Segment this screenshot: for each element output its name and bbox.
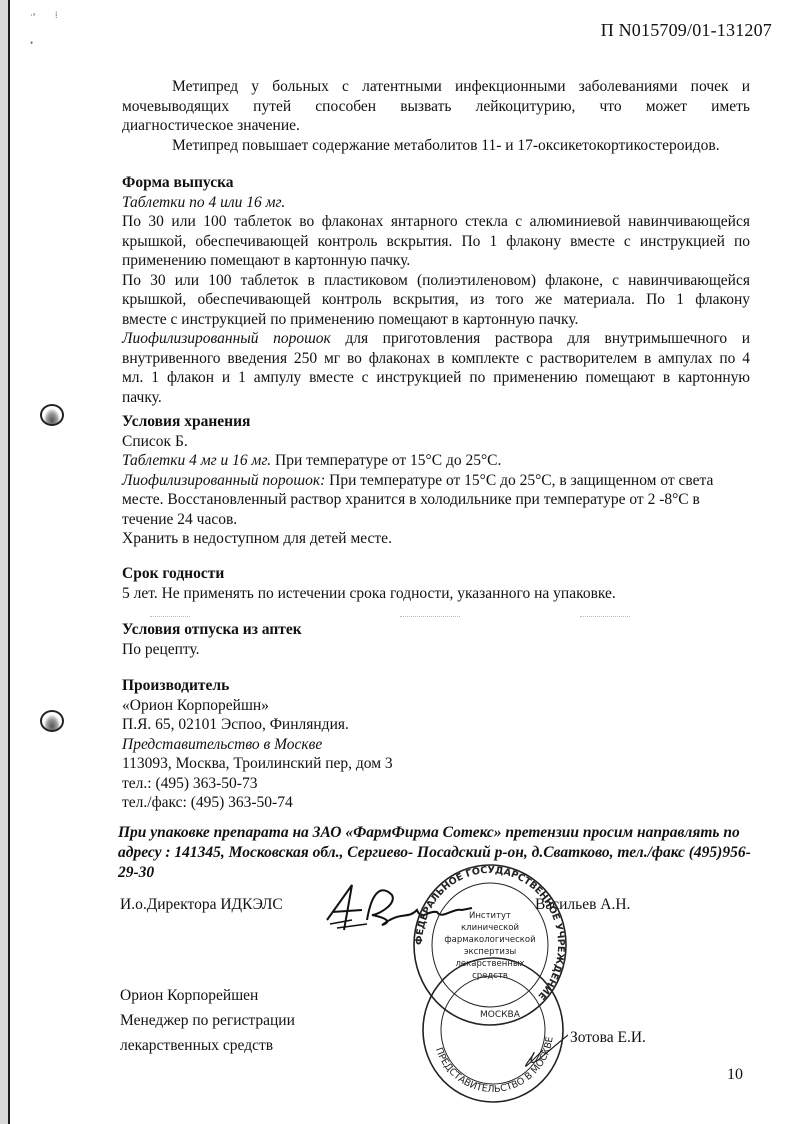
- intro-line: Метипред у больных с латентными инфекцио…: [122, 77, 750, 97]
- company-name: Орион Корпорейшен: [120, 987, 258, 1005]
- intro-section: Метипред у больных с латентными инфекцио…: [122, 77, 750, 155]
- storage-section: Условия хранения Список Б. Таблетки 4 мг…: [122, 412, 750, 549]
- scan-speck: •: [30, 38, 33, 48]
- text-line: Список Б.: [122, 432, 750, 452]
- text-line: внутривенного введения 250 мг во флакона…: [122, 349, 750, 369]
- manufacturer-name: «Орион Корпорейшн»: [122, 696, 750, 716]
- scan-artifact: [580, 616, 630, 619]
- tablets-label: Таблетки 4 мг и 16 мг.: [122, 452, 271, 469]
- release-form-section: Форма выпуска Таблетки по 4 или 16 мг. П…: [122, 173, 750, 407]
- section-heading: Срок годности: [122, 564, 750, 584]
- document-number: П N015709/01-131207: [601, 20, 772, 41]
- text-line: Лиофилизированный порошок: При температу…: [122, 471, 750, 491]
- director-title: И.о.Директора ИДКЭЛС: [120, 896, 283, 914]
- svg-text:МОСКВА: МОСКВА: [480, 1010, 521, 1020]
- text-line: По 30 или 100 таблеток во флаконах янтар…: [122, 212, 750, 232]
- text-line: Хранить в недоступном для детей месте.: [122, 529, 750, 549]
- text-line: месте. Восстановленный раствор хранится …: [122, 490, 750, 510]
- dispensing-section: Условия отпуска из аптек По рецепту.: [122, 620, 750, 659]
- office-address: 113093, Москва, Троилинский пер, дом 3: [122, 754, 750, 774]
- manager-name: Зотова Е.И.: [570, 1029, 646, 1047]
- section-heading: Форма выпуска: [122, 173, 750, 193]
- intro-line: мочевыводящих путей способен вызвать лей…: [122, 97, 750, 117]
- office-label: Представительство в Москве: [122, 735, 750, 755]
- text-line: пачку.: [122, 388, 750, 408]
- note-line: При упаковке препарата на ЗАО «ФармФирма…: [118, 823, 778, 843]
- text-line: крышкой, обеспечивающей контроль вскрыти…: [122, 290, 750, 310]
- tablets-label: Таблетки по 4 или 16 мг.: [122, 193, 750, 213]
- company-stamp-icon: ПРЕДСТАВИТЕЛЬСТВО В МОСКВЕ МОСКВА: [418, 955, 568, 1105]
- section-heading: Производитель: [122, 676, 750, 696]
- text-line: крышкой, обеспечивающей контроль вскрыти…: [122, 232, 750, 252]
- manager-title: Менеджер по регистрации: [120, 1012, 295, 1030]
- svg-text:клинической: клинической: [461, 923, 519, 933]
- powder-text: для приготовления раствора для внутримыш…: [331, 330, 750, 347]
- intro-line: диагностическое значение.: [122, 116, 750, 136]
- text-line: вместе с инструкцией по применению помещ…: [122, 310, 750, 330]
- scan-border-line: [8, 0, 10, 1124]
- scan-artifact: [150, 616, 190, 619]
- tablets-text: При температуре от 15°C до 25°C.: [271, 452, 501, 469]
- manager-title: лекарственных средств: [120, 1037, 273, 1055]
- scan-edge: [0, 0, 8, 1124]
- text-line: Лиофилизированный порошок для приготовле…: [122, 329, 750, 349]
- scan-speck: ·ᵃ: [30, 10, 35, 20]
- intro-paragraph-2: Метипред повышает содержание метаболитов…: [122, 136, 750, 156]
- text-line: По 30 или 100 таблеток в пластиковом (по…: [122, 271, 750, 291]
- hole-punch-icon: [40, 710, 64, 732]
- scan-artifact: [400, 616, 460, 619]
- shelf-life-section: Срок годности 5 лет. Не применять по ист…: [122, 564, 750, 603]
- powder-label: Лиофилизированный порошок: [122, 330, 331, 347]
- text-line: применению помещают в картонную пачку.: [122, 251, 750, 271]
- text-line: течение 24 часов.: [122, 510, 750, 530]
- text-line: По рецепту.: [122, 640, 750, 660]
- section-heading: Условия отпуска из аптек: [122, 620, 750, 640]
- text-line: 5 лет. Не применять по истечении срока г…: [122, 584, 750, 604]
- phone: тел.: (495) 363-50-73: [122, 774, 750, 794]
- powder-text: При температуре от 15°C до 25°C, в защищ…: [325, 472, 713, 489]
- manufacturer-address: П.Я. 65, 02101 Эспоо, Финляндия.: [122, 715, 750, 735]
- page-number: 10: [727, 1066, 743, 1084]
- svg-text:фармакологической: фармакологической: [444, 935, 535, 945]
- manufacturer-section: Производитель «Орион Корпорейшн» П.Я. 65…: [122, 676, 750, 813]
- fax: тел./факс: (495) 363-50-74: [122, 793, 750, 813]
- hole-punch-icon: [40, 404, 64, 426]
- text-line: Таблетки 4 мг и 16 мг. При температуре о…: [122, 451, 750, 471]
- scan-speck: ⁞: [55, 10, 58, 20]
- powder-label: Лиофилизированный порошок:: [122, 472, 325, 489]
- svg-text:Институт: Институт: [469, 911, 511, 921]
- section-heading: Условия хранения: [122, 412, 750, 432]
- text-line: мл. 1 флакон и 1 ампулу вместе с инструк…: [122, 368, 750, 388]
